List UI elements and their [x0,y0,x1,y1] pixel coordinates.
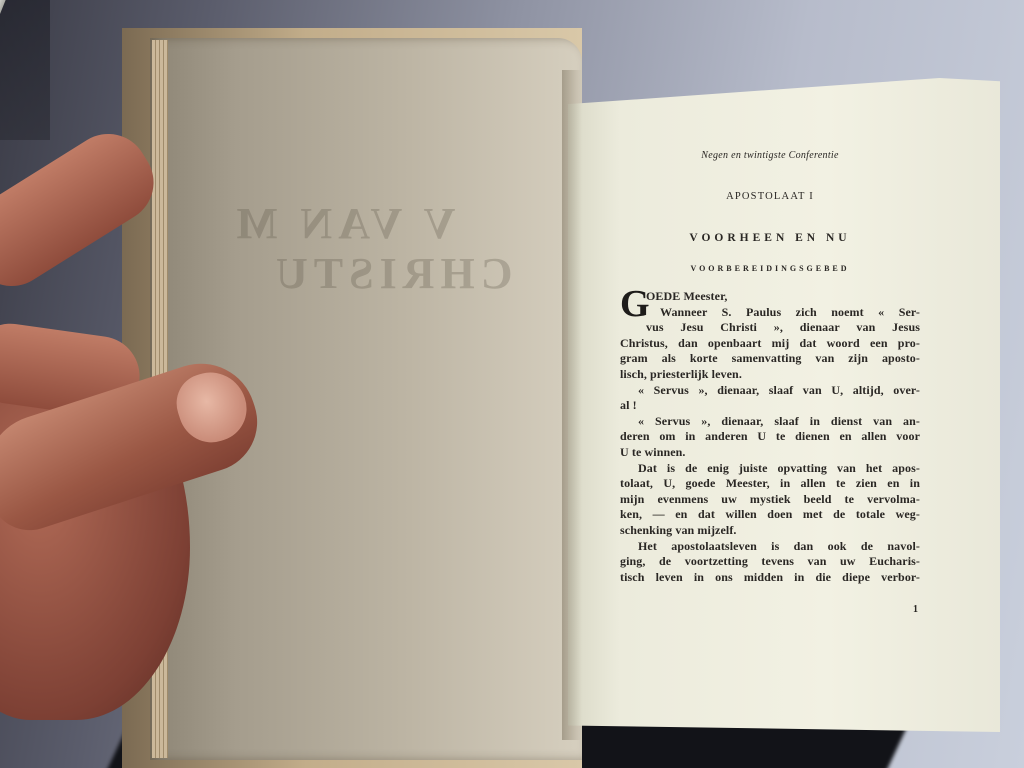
section-title: VOORHEEN EN NU [620,232,920,244]
page-number: 1 [913,604,918,615]
section-subtitle: VOORBEREIDINGSGEBED [620,264,920,273]
text-line: Christus, dan openbaart mij dat woord ee… [620,336,920,352]
text-line: Wanneer S. Paulus zich noemt « Ser- [620,305,920,321]
text-line: mijn evenmens uw mystiek beeld te vervol… [620,492,920,508]
text-line: OEDE Meester, [620,289,920,305]
text-line: schenking van mijzelf. [620,523,920,539]
text-line: tisch leven in ons midden in die diepe v… [620,570,920,586]
text-line: lisch, priesterlijk leven. [620,367,920,383]
text-line: al ! [620,398,920,414]
running-head: Negen en twintigste Conferentie [620,150,920,161]
chapter-heading: APOSTOLAAT I [620,191,920,202]
text-line: tolaat, U, goede Meester, in allen te zi… [620,476,920,492]
dark-object-corner [0,0,50,140]
text-line: Het apostolaatsleven is dan ook de navol… [620,539,920,555]
book-gutter [562,70,582,740]
photo-scene: V VAN M CHRISTU Negen en twintigste Conf… [0,0,1024,768]
drop-cap: G [620,288,650,320]
text-line: « Servus », dienaar, slaaf in dienst van… [620,414,920,430]
text-line: Dat is de enig juiste opvatting van het … [620,461,920,477]
text-line: gram als korte samenvatting van zijn apo… [620,351,920,367]
body-text: G OEDE Meester, Wanneer S. Paulus zich n… [620,289,920,585]
text-line: ging, de voortzetting tevens van uw Euch… [620,554,920,570]
show-through-text: V VAN M [230,198,455,249]
text-line: ken, — en dat willen doen met de totale … [620,507,920,523]
text-line: deren om in anderen U te dienen en allen… [620,429,920,445]
show-through-text: CHRISTU [270,248,513,299]
right-page-text: Negen en twintigste Conferentie APOSTOLA… [620,150,920,585]
text-line: vus Jesu Christi », dienaar van Jesus [620,320,920,336]
text-line: U te winnen. [620,445,920,461]
text-line: « Servus », dienaar, slaaf van U, altijd… [620,383,920,399]
